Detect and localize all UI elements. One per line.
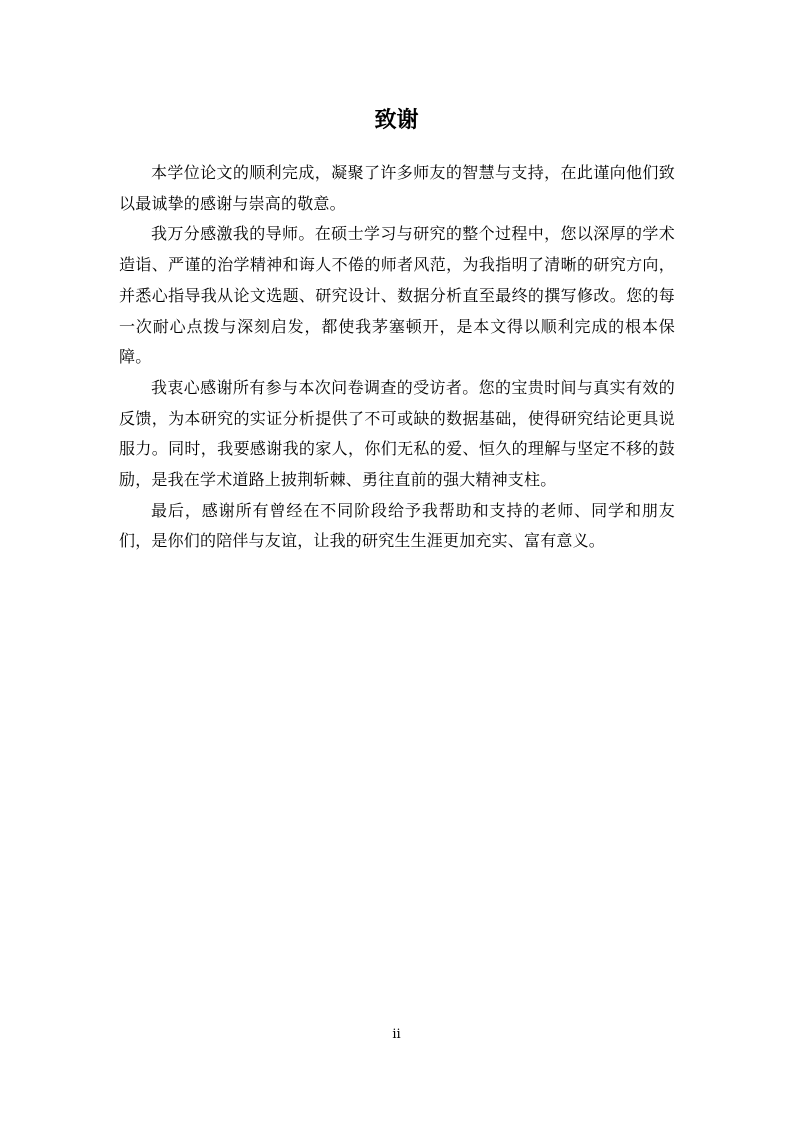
page-number: ii	[0, 1027, 793, 1043]
document-page: 致谢 本学位论文的顺利完成，凝聚了许多师友的智慧与支持，在此谨向他们致以最诚挚的…	[0, 0, 793, 1122]
paragraph-1: 本学位论文的顺利完成，凝聚了许多师友的智慧与支持，在此谨向他们致以最诚挚的感谢与…	[119, 158, 675, 219]
page-title: 致谢	[0, 0, 793, 134]
paragraph-3: 我衷心感谢所有参与本次问卷调查的受访者。您的宝贵时间与真实有效的反馈，为本研究的…	[119, 373, 675, 496]
acknowledgements-body: 本学位论文的顺利完成，凝聚了许多师友的智慧与支持，在此谨向他们致以最诚挚的感谢与…	[119, 158, 675, 557]
paragraph-4: 最后，感谢所有曾经在不同阶段给予我帮助和支持的老师、同学和朋友们，是你们的陪伴与…	[119, 496, 675, 557]
paragraph-2: 我万分感激我的导师。在硕士学习与研究的整个过程中，您以深厚的学术造诣、严谨的治学…	[119, 219, 675, 373]
